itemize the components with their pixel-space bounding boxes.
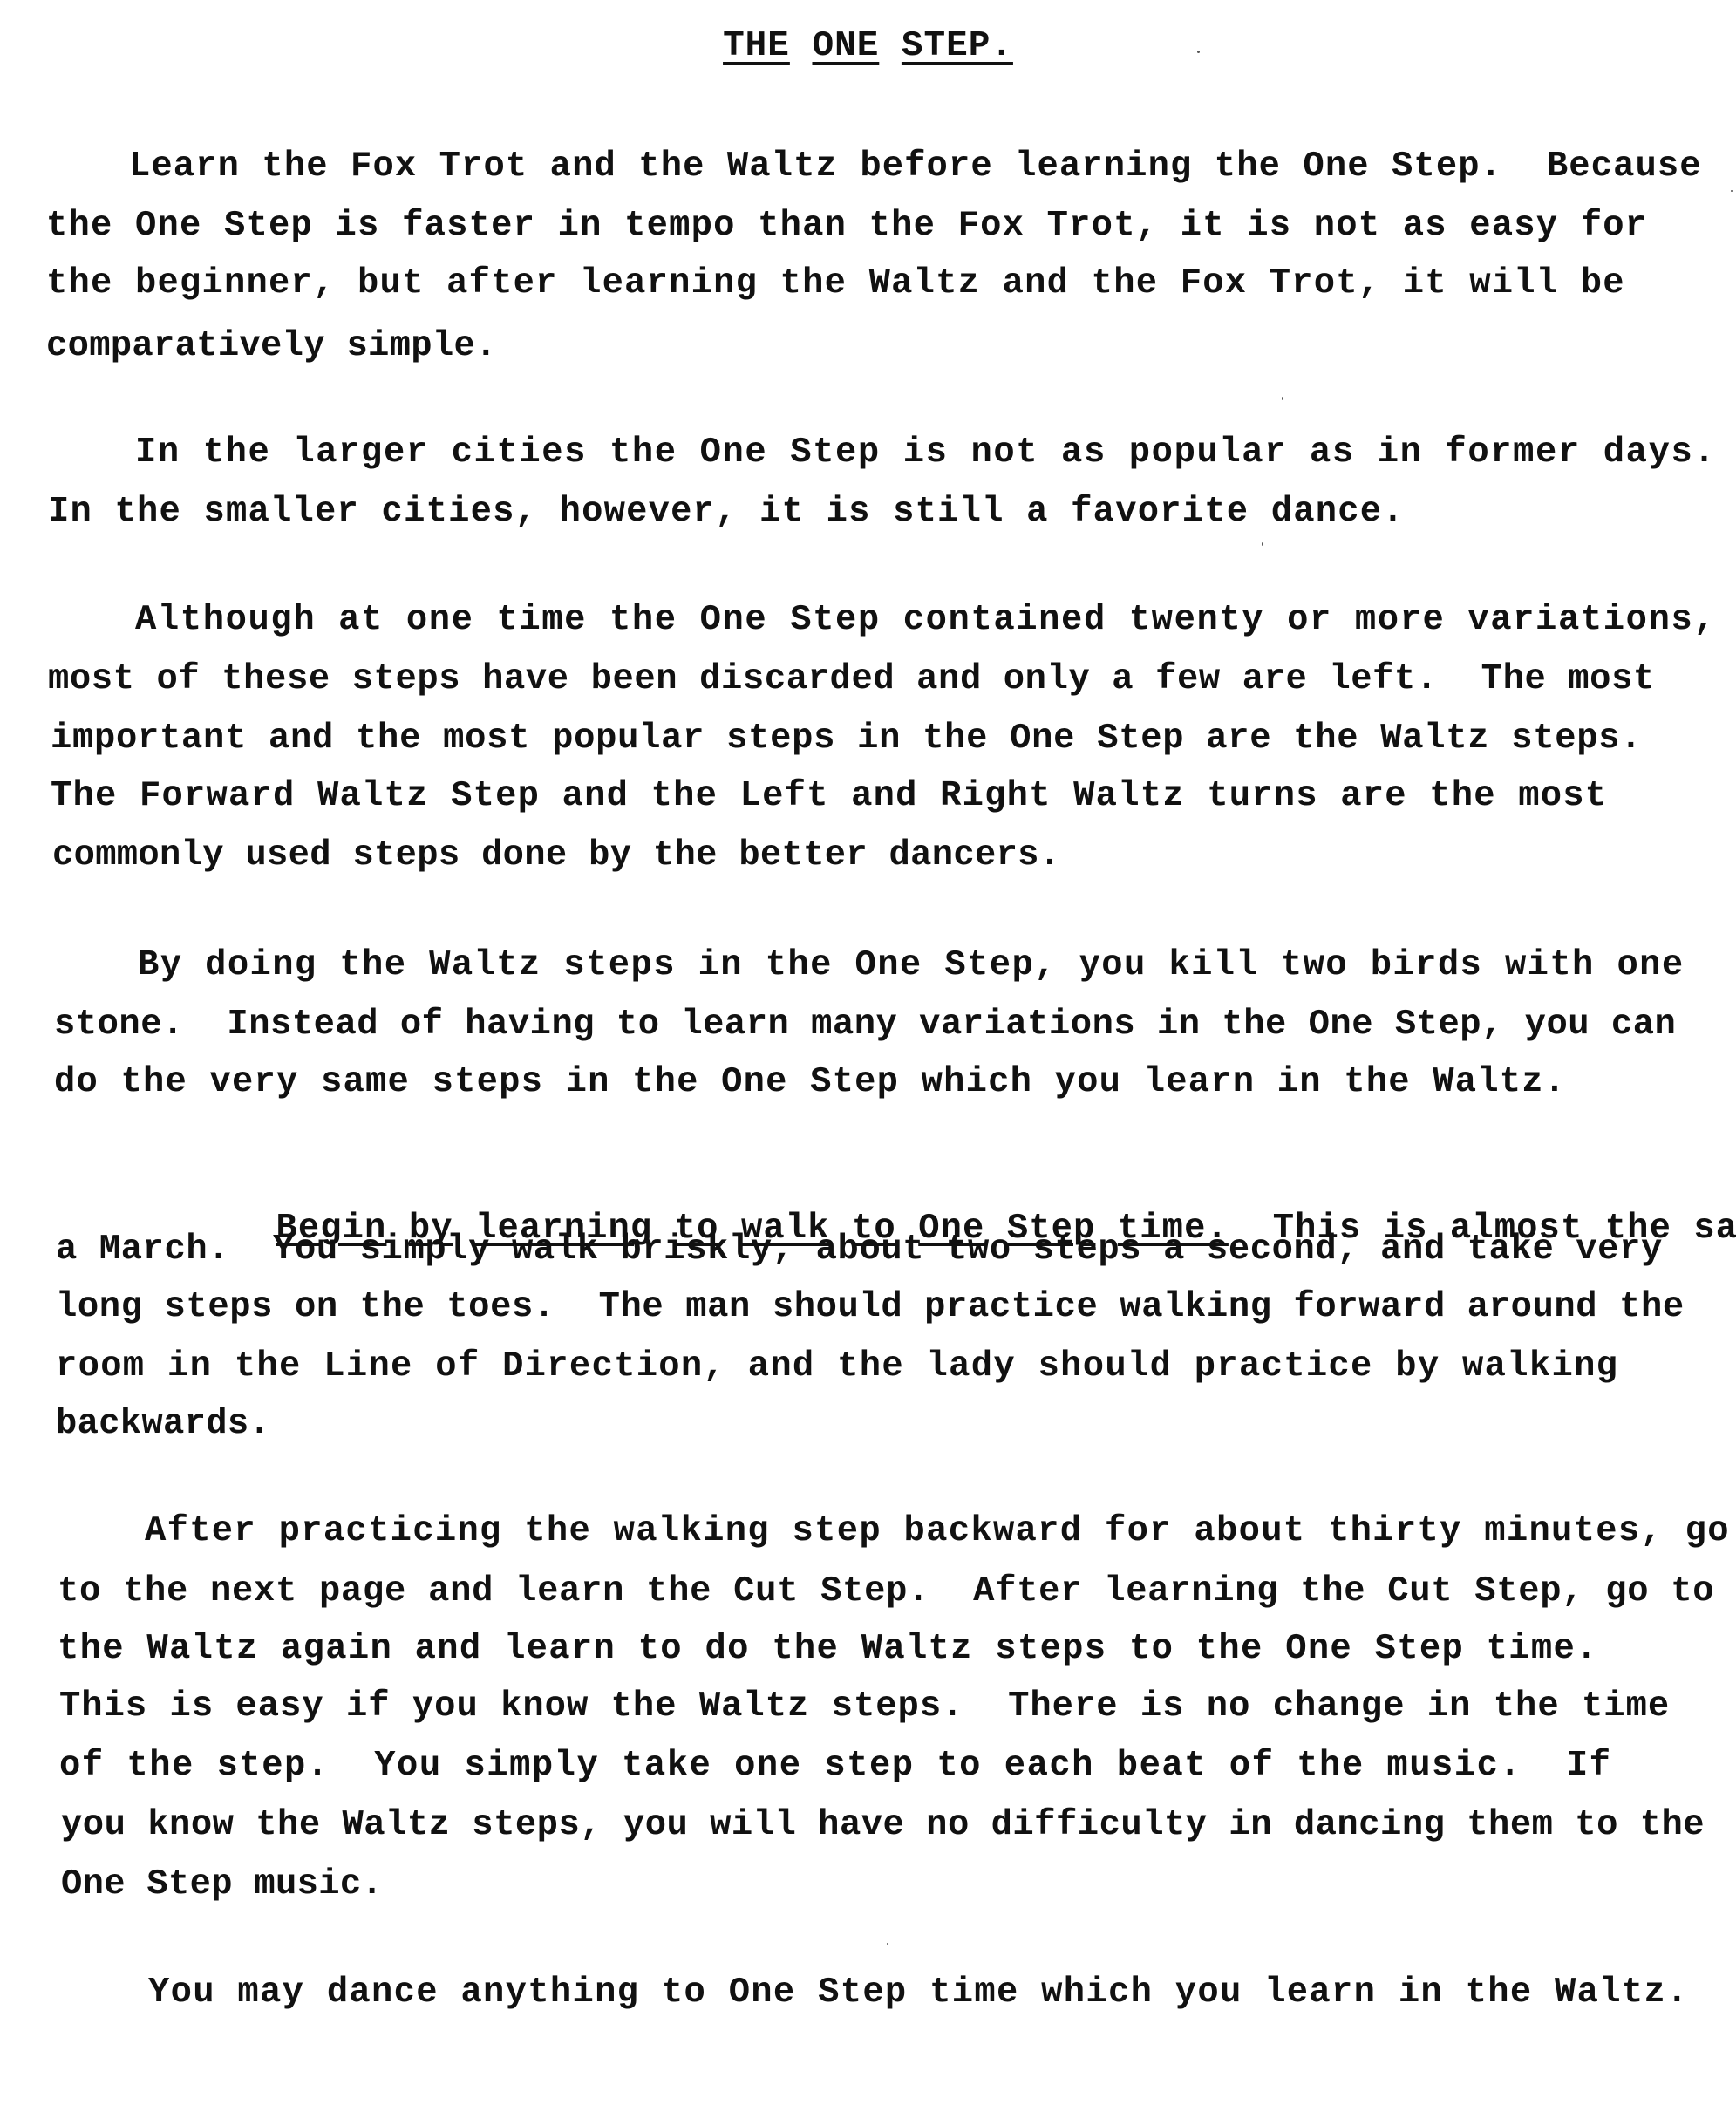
text-line: to the next page and learn the Cut Step.… xyxy=(58,1571,1714,1611)
scan-speck xyxy=(887,1943,888,1945)
text-line: room in the Line of Direction, and the l… xyxy=(56,1346,1618,1387)
text-line: the Waltz again and learn to do the Walt… xyxy=(58,1629,1598,1669)
text-line: In the larger cities the One Step is not… xyxy=(135,433,1716,473)
text-line: One Step music. xyxy=(61,1864,383,1904)
scan-speck xyxy=(1197,51,1200,53)
text-line: you know the Waltz steps, you will have … xyxy=(61,1805,1705,1845)
text-line: do the very same steps in the One Step w… xyxy=(54,1062,1566,1102)
title-word: ONE xyxy=(812,26,879,66)
text-line: stone. Instead of having to learn many v… xyxy=(54,1005,1676,1045)
text-line: In the smaller cities, however, it is st… xyxy=(48,492,1405,532)
scan-speck xyxy=(1262,542,1263,546)
text-line: Learn the Fox Trot and the Waltz before … xyxy=(129,146,1699,187)
text-line-underlined: Begin by learning to walk to One Step ti… xyxy=(143,1169,1736,1289)
text-line: the One Step is faster in tempo than the… xyxy=(46,206,1647,246)
text-line: The Forward Waltz Step and the Left and … xyxy=(51,776,1607,816)
text-line: important and the most popular steps in … xyxy=(51,719,1642,759)
text-line: most of these steps have been discarded … xyxy=(48,659,1655,699)
page-title: THE ONE STEP. xyxy=(0,26,1736,66)
text-line: You may dance anything to One Step time … xyxy=(148,1973,1689,2013)
text-line: After practicing the walking step backwa… xyxy=(145,1511,1730,1551)
title-word: THE xyxy=(723,26,790,66)
text-line: of the step. You simply take one step to… xyxy=(59,1746,1611,1786)
text-line: backwards. xyxy=(56,1404,270,1444)
text-line: commonly used steps done by the better d… xyxy=(52,835,1060,876)
text-line: By doing the Waltz steps in the One Step… xyxy=(138,945,1685,985)
scan-speck xyxy=(1731,190,1733,192)
text-line: comparatively simple. xyxy=(46,326,497,366)
text-line: the beginner, but after learning the Wal… xyxy=(46,263,1625,303)
document-page: THE ONE STEP. Learn the Fox Trot and the… xyxy=(0,0,1736,2119)
text-line: This is easy if you know the Waltz steps… xyxy=(59,1686,1670,1727)
text-line: a March. You simply walk briskly, about … xyxy=(56,1230,1663,1270)
title-word: STEP. xyxy=(902,26,1013,66)
text-line: Although at one time the One Step contai… xyxy=(135,600,1716,640)
text-line: long steps on the toes. The man should p… xyxy=(56,1287,1685,1327)
scan-speck xyxy=(1282,397,1283,400)
